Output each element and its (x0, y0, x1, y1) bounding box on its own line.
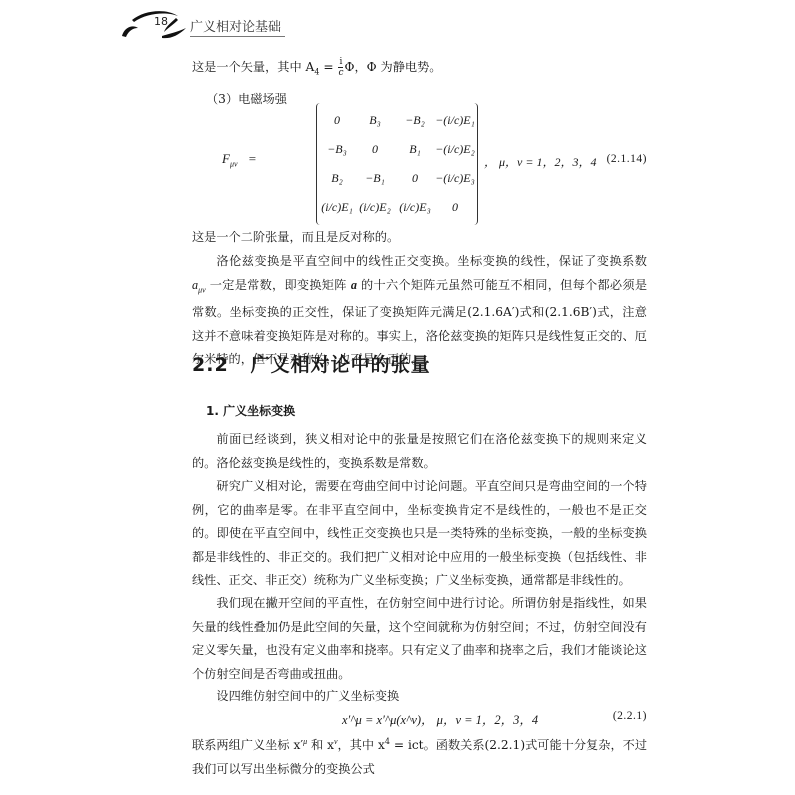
equation-lhs: Fμν = (222, 151, 256, 169)
paragraph: 我们现在撇开空间的平直性，在仿射空间中进行讨论。所谓仿射是指线性，如果矢量的线性… (192, 592, 647, 686)
equation-2-1-14: Fμν = 0 B₃ −B₂ −(i/c)E₁ −B₃ 0 B₁ −(i/c)E… (192, 103, 647, 223)
chapter-swoosh-icon (118, 6, 188, 40)
subsection-heading: 1. 广义坐标变换 (206, 402, 295, 419)
intro-paragraph: 这是一个矢量，其中 A4 = icΦ，Φ 为静电势。 (192, 56, 647, 84)
paragraph: 前面已经谈到，狭义相对论中的张量是按照它们在洛伦兹变换下的规则来定义的。洛伦兹变… (192, 428, 647, 475)
equation-number: (2.1.14) (607, 153, 647, 165)
matrix-row: 0 B₃ −B₂ −(i/c)E₁ (317, 107, 477, 133)
paragraph: 研究广义相对论，需要在弯曲空间中讨论问题。平直空间只是弯曲空间的一个特例，它的曲… (192, 475, 647, 593)
paragraph: 联系两组广义坐标 x′μ 和 xν，其中 x4 = ict。函数关系(2.2.1… (192, 730, 647, 781)
running-title: 广义相对论基础 (190, 16, 285, 37)
section-heading: 2.2广义相对论中的张量 (192, 350, 431, 377)
page-number: 18 (154, 15, 168, 28)
field-strength-matrix: 0 B₃ −B₂ −(i/c)E₁ −B₃ 0 B₁ −(i/c)E₂ B₂ −… (316, 103, 478, 225)
equation-2-2-1: x′^μ = x′^μ(x^ν)， μ，ν = 1，2，3，4 (2.2.1) (192, 708, 647, 730)
paragraph: 这是一个二阶张量，而且是反对称的。 (192, 226, 647, 250)
page-header: 18 广义相对论基础 (118, 6, 418, 36)
fraction: ic (338, 57, 343, 78)
matrix-row: B₂ −B₁ 0 −(i/c)E₃ (317, 165, 477, 191)
paragraph: 设四维仿射空间中的广义坐标变换 (192, 685, 647, 709)
matrix-row: (i/c)E₁ (i/c)E₂ (i/c)E₃ 0 (317, 194, 477, 220)
index-condition: ， μ，ν = 1，2，3，4 (484, 153, 596, 170)
matrix-row: −B₃ 0 B₁ −(i/c)E₂ (317, 136, 477, 162)
